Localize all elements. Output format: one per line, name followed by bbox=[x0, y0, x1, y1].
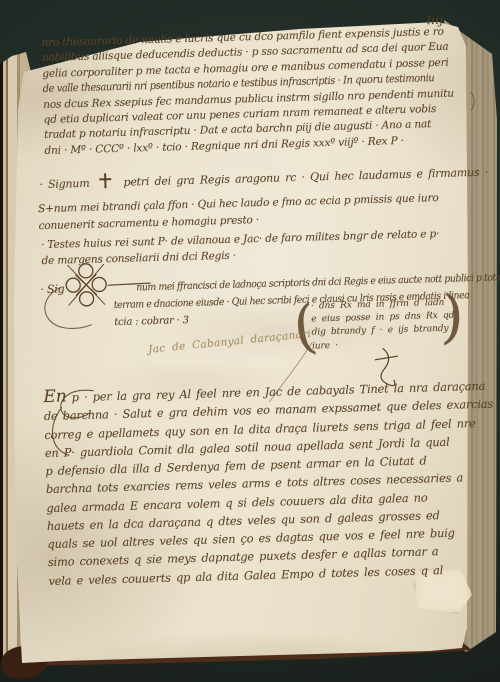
latin-closing-clause: nro thesaurario de naulis e lucris que c… bbox=[41, 25, 454, 160]
royal-signum-line: · Signumpetri dei gra Regis aragonu rc ·… bbox=[39, 165, 488, 192]
signum-cross-icon bbox=[99, 175, 111, 188]
note-paren-right: ) bbox=[440, 282, 465, 351]
knot-gap bbox=[64, 290, 136, 292]
manuscript-photo: liij nro thesaurario de naulis e lucris … bbox=[0, 0, 500, 682]
handwritten-text-layer: liij nro thesaurario de naulis e lucris … bbox=[0, 0, 500, 682]
royal-signum-text: petri dei gra Regis aragonu rc · Qui hec… bbox=[123, 166, 488, 189]
edge-mark bbox=[471, 92, 475, 110]
signum-word: · Signum bbox=[39, 177, 89, 191]
opening-initial: En bbox=[43, 386, 67, 407]
catalan-order-paragraph: Enp · per la gra rey Al feel nre en Jac … bbox=[43, 376, 498, 590]
archivist-faint-note: Jac de Cabanyal daraçanari bbox=[148, 328, 312, 356]
registry-marginal-note: · dns Rx ma in ffrm d ladn e eius posse … bbox=[311, 297, 455, 354]
sig-word: · Sig bbox=[40, 280, 65, 298]
